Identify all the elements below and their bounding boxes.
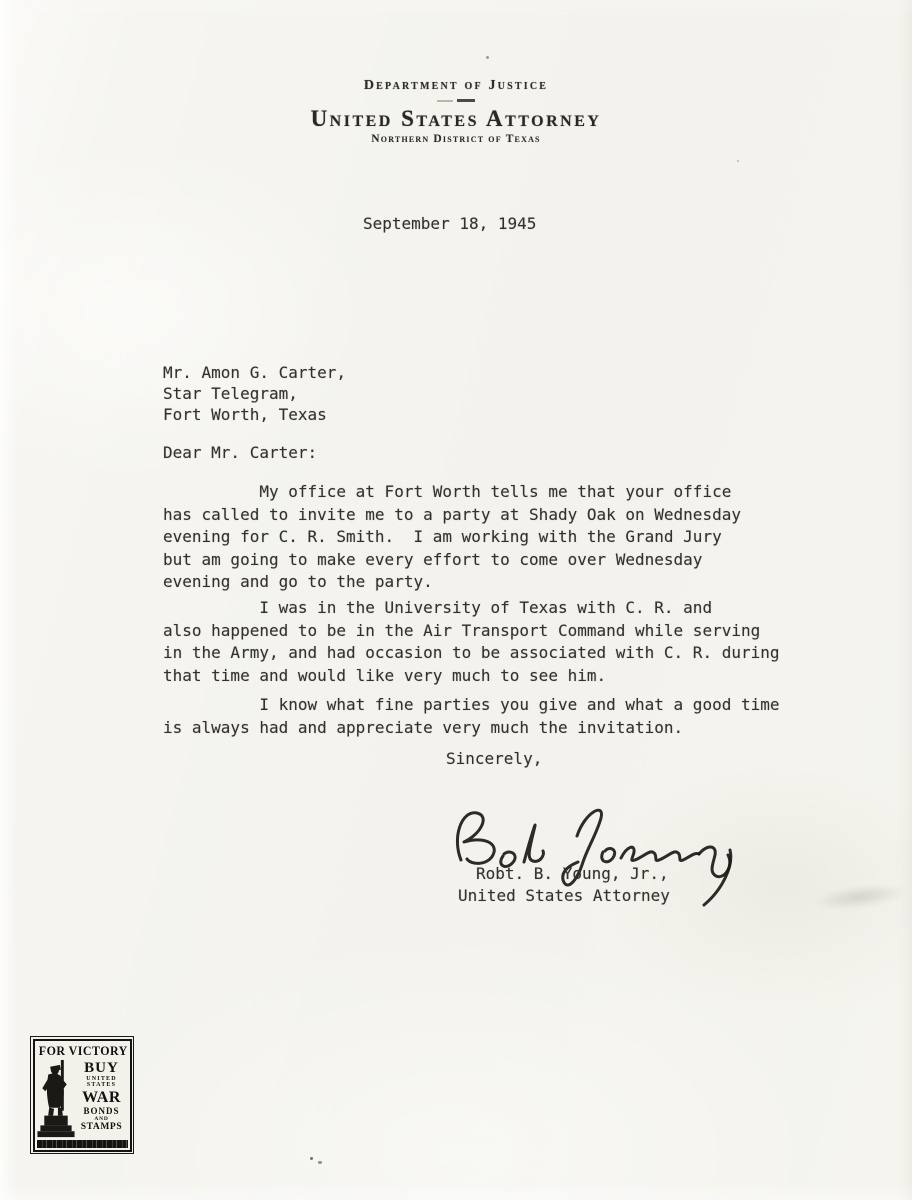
- stamp-word: BUY: [84, 1061, 119, 1076]
- letterhead-department: Department of Justice: [0, 78, 912, 94]
- stamp-word: WAR: [82, 1090, 121, 1106]
- minuteman-statue-icon: [36, 1059, 76, 1141]
- stamp-words: BUY UNITED STATES WAR BONDS AND STAMPS: [76, 1061, 128, 1132]
- body-paragraph-1: My office at Fort Worth tells me that yo…: [163, 481, 741, 594]
- signature-stroke: [524, 825, 543, 862]
- stamp-word: STATES: [87, 1082, 116, 1089]
- closing: Sincerely,: [446, 749, 542, 768]
- stamp-body: BUY UNITED STATES WAR BONDS AND STAMPS: [35, 1059, 130, 1141]
- divider-segment: [457, 99, 475, 102]
- recipient-address: Mr. Amon G. Carter, Star Telegram, Fort …: [163, 362, 346, 425]
- divider-segment: [437, 100, 453, 102]
- typed-signature-name: Robt. B. Young, Jr.,: [476, 864, 669, 883]
- war-bonds-stamp-frame: FOR VICTORY: [33, 1039, 132, 1152]
- scan-speck: [318, 1161, 322, 1164]
- typed-signature-title: United States Attorney: [458, 886, 670, 905]
- date-line: September 18, 1945: [363, 214, 536, 233]
- body-paragraph-2: I was in the University of Texas with C.…: [163, 597, 780, 687]
- signature-stroke: [457, 813, 494, 864]
- signature-stroke: [699, 847, 730, 877]
- letter-page: Department of Justice United States Atto…: [0, 0, 912, 1200]
- salutation: Dear Mr. Carter:: [163, 443, 317, 462]
- stamp-word: STAMPS: [81, 1122, 122, 1132]
- stamp-word: BONDS: [83, 1107, 119, 1116]
- letterhead: Department of Justice United States Atto…: [0, 78, 912, 145]
- war-bonds-stamp: FOR VICTORY: [30, 1036, 134, 1154]
- letterhead-divider: [433, 99, 479, 102]
- scan-speck: [486, 56, 489, 59]
- body-paragraph-3: I know what fine parties you give and wh…: [163, 694, 780, 739]
- letterhead-office: United States Attorney: [0, 106, 912, 132]
- stamp-header-text: FOR VICTORY: [38, 1043, 125, 1059]
- signature-stroke: [621, 847, 699, 860]
- letterhead-district: Northern District of Texas: [0, 133, 912, 145]
- scan-speck: [310, 1157, 313, 1160]
- stamp-footer-bar: [37, 1140, 128, 1148]
- scan-speck: [737, 160, 739, 162]
- signature-stroke: [602, 849, 615, 862]
- scan-smudge: [806, 874, 912, 920]
